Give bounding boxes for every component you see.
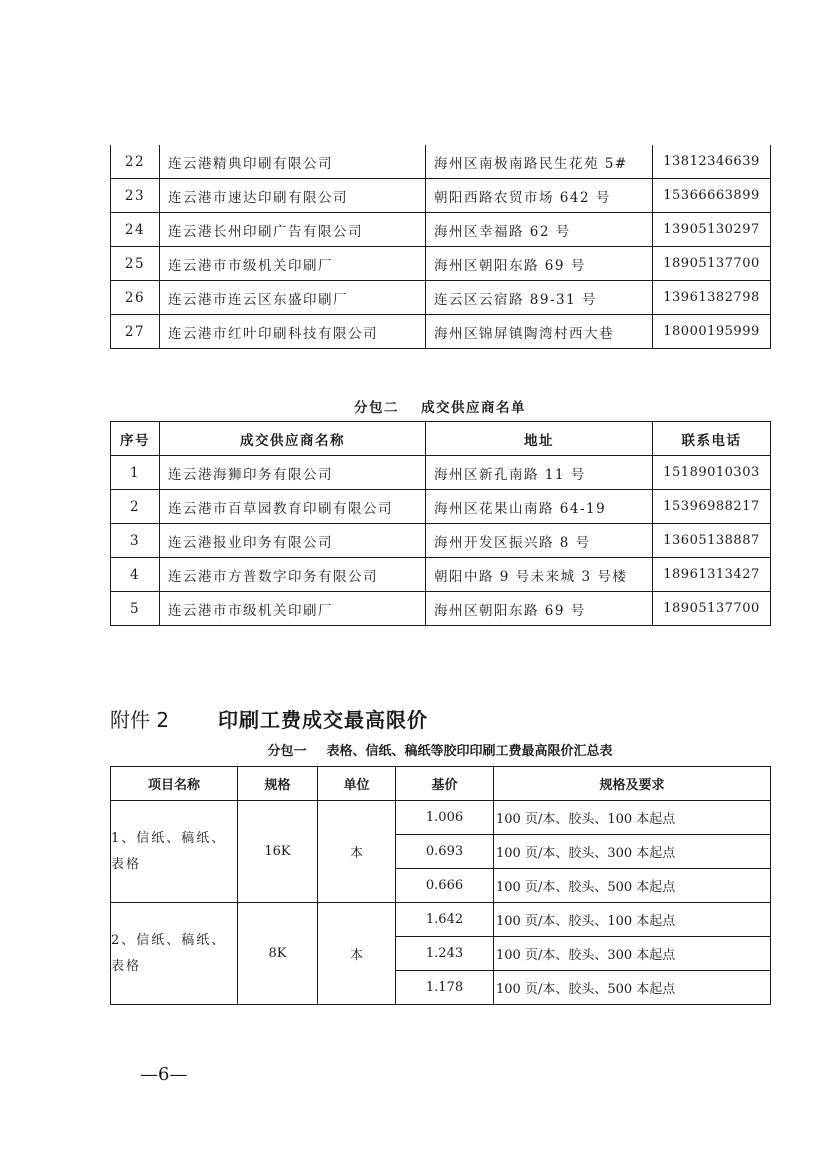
- row-number: 25: [111, 247, 160, 281]
- supplier-address: 海州区南极南路民生花苑 5#: [426, 145, 653, 179]
- table-row: 5 连云港市市级机关印刷厂 海州区朝阳东路 69 号 18905137700: [111, 592, 771, 626]
- supplier-phone: 15396988217: [653, 490, 771, 524]
- table-row: 2 连云港市百草园教育印刷有限公司 海州区花果山南路 64-19 1539698…: [111, 490, 771, 524]
- table-row: 26 连云港市连云区东盛印刷厂 连云区云宿路 89-31 号 139613827…: [111, 281, 771, 315]
- supplier-address: 朝阳西路农贸市场 642 号: [426, 179, 653, 213]
- attachment-label: 附件 2: [110, 704, 218, 733]
- row-number: 3: [111, 524, 160, 558]
- supplier-address: 海州区朝阳东路 69 号: [426, 247, 653, 281]
- supplier-phone: 18000195999: [653, 315, 771, 349]
- table-header-row: 序号 成交供应商名称 地址 联系电话: [111, 422, 771, 456]
- supplier-address: 海州区花果山南路 64-19: [426, 490, 653, 524]
- requirement: 100 页/本、胶头、100 本起点: [494, 801, 771, 835]
- attachment-heading: 附件 2印刷工费成交最高限价: [110, 704, 428, 733]
- row-number: 22: [111, 145, 160, 179]
- item-unit: 本: [318, 903, 396, 1005]
- supplier-name: 连云港市红叶印刷科技有限公司: [160, 315, 426, 349]
- row-number: 24: [111, 213, 160, 247]
- package2-supplier-table: 序号 成交供应商名称 地址 联系电话 1 连云港海狮印务有限公司 海州区新孔南路…: [110, 421, 771, 626]
- table-row: 22 连云港精典印刷有限公司 海州区南极南路民生花苑 5# 1381234663…: [111, 145, 771, 179]
- supplier-name: 连云港海狮印务有限公司: [160, 456, 426, 490]
- supplier-phone: 13905130297: [653, 213, 771, 247]
- caption-title: 成交供应商名单: [421, 400, 526, 416]
- supplier-name: 连云港市市级机关印刷厂: [160, 247, 426, 281]
- base-price: 1.642: [396, 903, 494, 937]
- supplier-phone: 13961382798: [653, 281, 771, 315]
- supplier-name: 连云港市百草园教育印刷有限公司: [160, 490, 426, 524]
- header-item-name: 项目名称: [111, 767, 238, 801]
- page-number: —6—: [140, 1064, 187, 1085]
- header-number: 序号: [111, 422, 160, 456]
- header-requirements: 规格及要求: [494, 767, 771, 801]
- header-spec: 规格: [238, 767, 318, 801]
- caption-package: 分包二: [354, 400, 399, 416]
- supplier-phone: 15366663899: [653, 179, 771, 213]
- table-row: 3 连云港报业印务有限公司 海州开发区振兴路 8 号 13605138887: [111, 524, 771, 558]
- table-row: 2、信纸、稿纸、表格 8K 本 1.642 100 页/本、胶头、100 本起点: [111, 903, 771, 937]
- attachment-title: 印刷工费成交最高限价: [218, 708, 428, 732]
- supplier-address: 海州开发区振兴路 8 号: [426, 524, 653, 558]
- base-price: 1.243: [396, 937, 494, 971]
- supplier-name: 连云港市方普数字印务有限公司: [160, 558, 426, 592]
- item-spec: 8K: [238, 903, 318, 1005]
- supplier-phone: 18905137700: [653, 592, 771, 626]
- price-limit-table: 项目名称 规格 单位 基价 规格及要求 1、信纸、稿纸、表格 16K 本 1.0…: [110, 766, 771, 1005]
- row-number: 1: [111, 456, 160, 490]
- row-number: 2: [111, 490, 160, 524]
- table-row: 1 连云港海狮印务有限公司 海州区新孔南路 11 号 15189010303: [111, 456, 771, 490]
- supplier-address: 海州区朝阳东路 69 号: [426, 592, 653, 626]
- requirement: 100 页/本、胶头、100 本起点: [494, 903, 771, 937]
- supplier-name: 连云港报业印务有限公司: [160, 524, 426, 558]
- supplier-name: 连云港市市级机关印刷厂: [160, 592, 426, 626]
- item-name: 2、信纸、稿纸、表格: [111, 903, 238, 1005]
- base-price: 0.693: [396, 835, 494, 869]
- table-row: 1、信纸、稿纸、表格 16K 本 1.006 100 页/本、胶头、100 本起…: [111, 801, 771, 835]
- supplier-address: 海州区锦屏镇陶湾村西大巷: [426, 315, 653, 349]
- table2-caption: 分包二成交供应商名单: [110, 396, 770, 416]
- header-unit: 单位: [318, 767, 396, 801]
- row-number: 23: [111, 179, 160, 213]
- supplier-address: 海州区新孔南路 11 号: [426, 456, 653, 490]
- base-price: 1.178: [396, 971, 494, 1005]
- supplier-phone: 18905137700: [653, 247, 771, 281]
- supplier-name: 连云港精典印刷有限公司: [160, 145, 426, 179]
- requirement: 100 页/本、胶头、500 本起点: [494, 971, 771, 1005]
- supplier-name: 连云港长州印刷广告有限公司: [160, 213, 426, 247]
- header-base-price: 基价: [396, 767, 494, 801]
- supplier-name: 连云港市速达印刷有限公司: [160, 179, 426, 213]
- supplier-address: 海州区幸福路 62 号: [426, 213, 653, 247]
- table-row: 4 连云港市方普数字印务有限公司 朝阳中路 9 号未来城 3 号楼 189613…: [111, 558, 771, 592]
- requirement: 100 页/本、胶头、300 本起点: [494, 937, 771, 971]
- requirement: 100 页/本、胶头、300 本起点: [494, 835, 771, 869]
- caption-title: 表格、信纸、稿纸等胶印印刷工费最高限价汇总表: [327, 744, 613, 759]
- row-number: 4: [111, 558, 160, 592]
- requirement: 100 页/本、胶头、500 本起点: [494, 869, 771, 903]
- base-price: 1.006: [396, 801, 494, 835]
- supplier-phone: 15189010303: [653, 456, 771, 490]
- table3-caption: 分包一表格、信纸、稿纸等胶印印刷工费最高限价汇总表: [110, 740, 770, 759]
- row-number: 27: [111, 315, 160, 349]
- item-unit: 本: [318, 801, 396, 903]
- base-price: 0.666: [396, 869, 494, 903]
- row-number: 5: [111, 592, 160, 626]
- header-address: 地址: [426, 422, 653, 456]
- row-number: 26: [111, 281, 160, 315]
- supplier-phone: 18961313427: [653, 558, 771, 592]
- supplier-address: 连云区云宿路 89-31 号: [426, 281, 653, 315]
- header-phone: 联系电话: [653, 422, 771, 456]
- table-row: 23 连云港市速达印刷有限公司 朝阳西路农贸市场 642 号 153666638…: [111, 179, 771, 213]
- table-row: 27 连云港市红叶印刷科技有限公司 海州区锦屏镇陶湾村西大巷 180001959…: [111, 315, 771, 349]
- table-header-row: 项目名称 规格 单位 基价 规格及要求: [111, 767, 771, 801]
- supplier-phone: 13812346639: [653, 145, 771, 179]
- supplier-address: 朝阳中路 9 号未来城 3 号楼: [426, 558, 653, 592]
- caption-package: 分包一: [267, 744, 306, 759]
- supplier-phone: 13605138887: [653, 524, 771, 558]
- supplier-table-continued: 22 连云港精典印刷有限公司 海州区南极南路民生花苑 5# 1381234663…: [110, 145, 771, 349]
- item-name: 1、信纸、稿纸、表格: [111, 801, 238, 903]
- item-spec: 16K: [238, 801, 318, 903]
- supplier-name: 连云港市连云区东盛印刷厂: [160, 281, 426, 315]
- header-name: 成交供应商名称: [160, 422, 426, 456]
- table-row: 25 连云港市市级机关印刷厂 海州区朝阳东路 69 号 18905137700: [111, 247, 771, 281]
- table-row: 24 连云港长州印刷广告有限公司 海州区幸福路 62 号 13905130297: [111, 213, 771, 247]
